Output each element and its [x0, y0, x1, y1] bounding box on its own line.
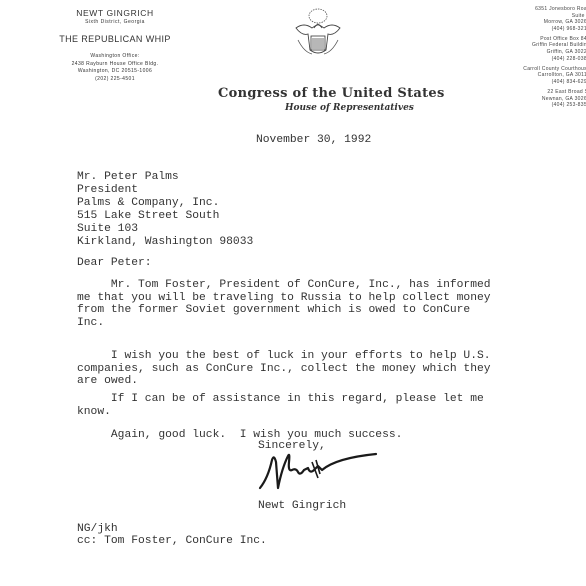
recipient-address: Mr. Peter Palms President Palms & Compan…	[77, 171, 253, 249]
signer-name: Newt Gingrich	[258, 500, 346, 512]
office-label: Washington Office:	[40, 53, 190, 61]
office-city: Washington, DC 20515-1006	[40, 68, 190, 76]
office-address: 2438 Rayburn House Office Bldg.	[40, 61, 190, 69]
typist-initials: NG/jkh	[77, 523, 267, 535]
body-paragraph: I wish you the best of luck in your effo…	[77, 350, 537, 388]
salutation: Dear Peter:	[77, 257, 152, 269]
office-phone: (202) 225-4501	[40, 76, 190, 84]
body-paragraph: Mr. Tom Foster, President of ConCure, In…	[77, 279, 537, 329]
great-seal-icon	[290, 6, 346, 66]
sender-name: NEWT GINGRICH	[40, 8, 190, 18]
district-office: 6351 Jonesboro Road Suite E Morrow, GA 3…	[510, 6, 586, 32]
recipient-line: Kirkland, Washington 98033	[77, 236, 253, 249]
district-office: Carroll County Courthouse Carrollton, GA…	[510, 66, 586, 86]
cc-line: cc: Tom Foster, ConCure Inc.	[77, 535, 267, 547]
recipient-line: Suite 103	[77, 223, 253, 236]
letterhead-left: NEWT GINGRICH Sixth District, Georgia TH…	[40, 8, 190, 83]
sender-district: Sixth District, Georgia	[40, 19, 190, 25]
institution-title: Congress of the United States	[218, 86, 445, 101]
signature-icon	[256, 448, 386, 498]
recipient-line: Mr. Peter Palms	[77, 171, 253, 184]
body-paragraph: If I can be of assistance in this regard…	[77, 393, 537, 418]
recipient-line: 515 Lake Street South	[77, 210, 253, 223]
chamber-title: House of Representatives	[285, 103, 414, 113]
recipient-line: Palms & Company, Inc.	[77, 197, 253, 210]
district-office: Post Office Box 848 Griffin Federal Buil…	[510, 36, 586, 62]
district-office: 22 East Broad St Newnan, GA 30263 (404) …	[510, 89, 586, 109]
reference-initials: NG/jkh cc: Tom Foster, ConCure Inc.	[77, 523, 267, 547]
recipient-line: President	[77, 184, 253, 197]
letter-date: November 30, 1992	[256, 134, 371, 146]
sender-title: THE REPUBLICAN WHIP	[40, 34, 190, 44]
letterhead-right: 6351 Jonesboro Road Suite E Morrow, GA 3…	[510, 6, 586, 112]
